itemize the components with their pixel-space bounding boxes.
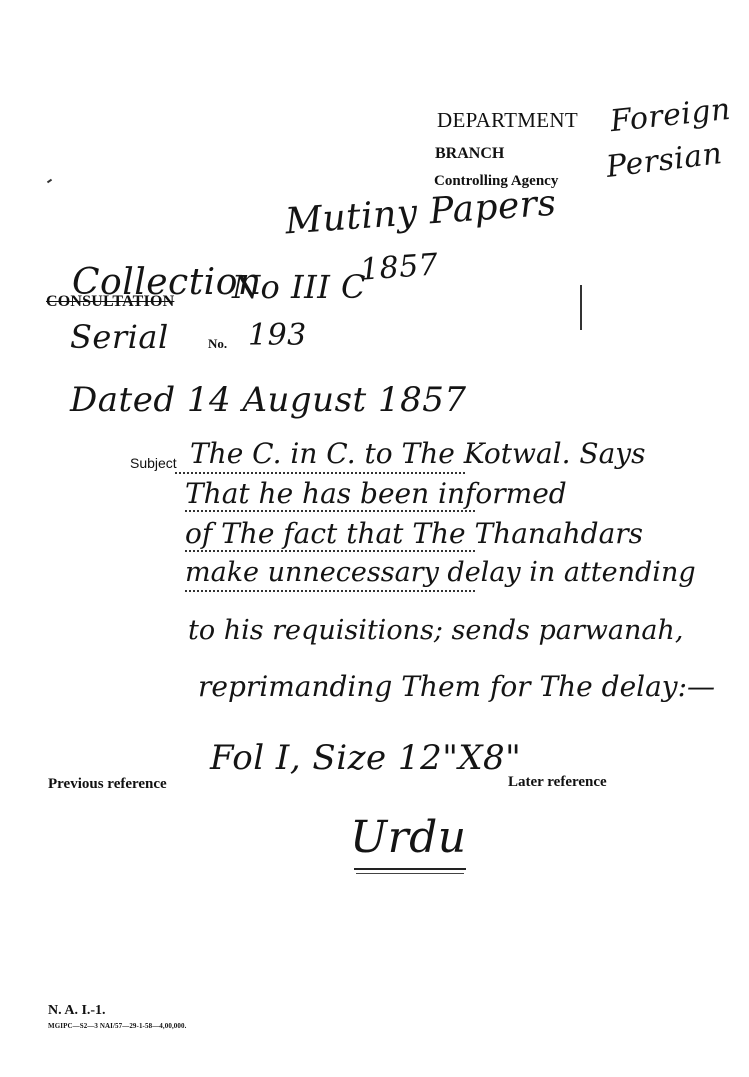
form-id: N. A. I.-1. [48,1003,106,1019]
subject-dotted-line-4 [185,590,475,592]
print-info: MGIPC—S2—3 NAI/57—29-1-58—4,00,000. [48,1022,186,1030]
serial-no-label: No. [208,336,227,352]
branch-value: Persian [604,136,724,185]
subject-line-1: The C. in C. to The Kotwal. Says [190,437,645,470]
later-reference-label: Later reference [508,774,607,791]
subject-line-4: make unnecessary delay in attending [185,557,696,588]
language-underline-second [356,873,464,874]
subject-label: Subject [130,455,177,471]
subject-line-3: of The fact that The Thanahdars [185,517,643,550]
language-underline [354,868,466,870]
subject-line-6: reprimanding Them for The delay:— [198,670,715,703]
subject-dotted-line-1 [175,472,465,474]
subject-dotted-line-2 [185,510,475,512]
mutiny-papers-annotation: Mutiny Papers [284,183,558,243]
collection-number: No III C [232,268,366,306]
stray-ink-mark [47,179,52,184]
dated-entry: Dated 14 August 1857 [70,380,467,420]
subject-line-2: That he has been informed [185,477,567,510]
language-value: Urdu [350,812,467,863]
department-label: DEPARTMENT [437,108,578,133]
branch-label: BRANCH [435,145,504,163]
serial-handwritten-label: Serial [70,318,169,356]
previous-reference-label: Previous reference [48,776,167,793]
subject-line-5: to his requisitions; sends parwanah, [188,615,683,646]
serial-number-value: 193 [248,318,307,353]
subject-dotted-line-3 [185,550,475,552]
department-value: Foreign [609,92,733,139]
consultation-label-struck: CONSULTATION [46,293,174,311]
margin-vertical-mark [580,285,582,330]
mutiny-year-annotation: 1857 [359,247,440,287]
volume-size-entry: Fol I, Size 12"X8" [210,738,521,778]
